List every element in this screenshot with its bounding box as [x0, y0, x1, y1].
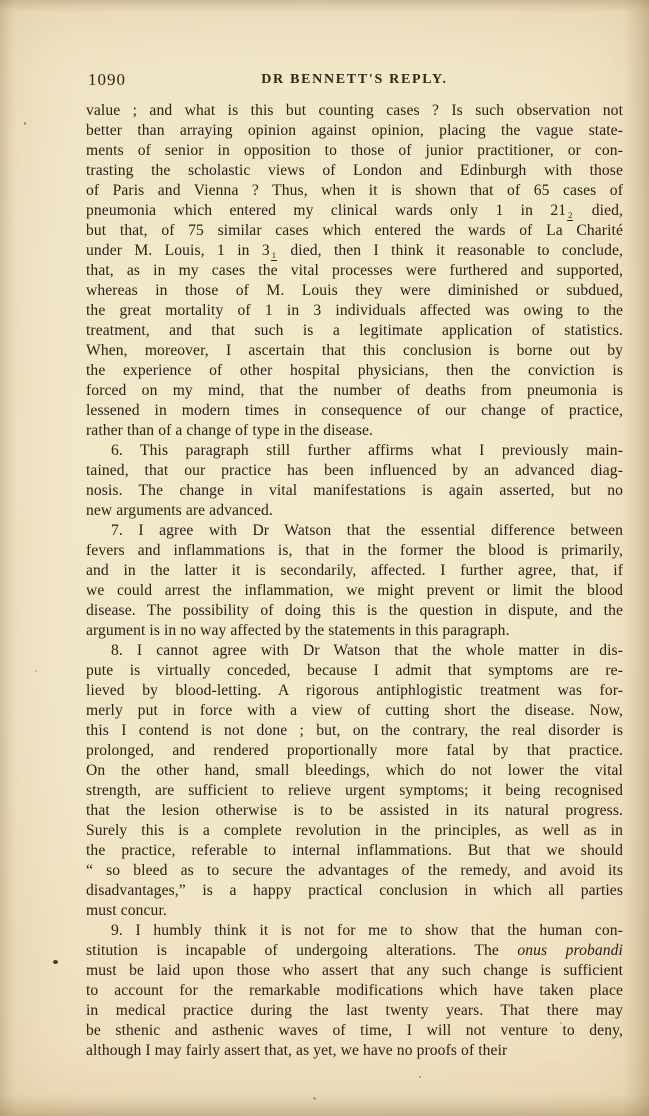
text-line: pute is virtually conceded, because I ad… — [86, 661, 623, 681]
text-line: that, as in my cases the vital processes… — [86, 261, 623, 281]
stacked-fraction: 23 — [567, 211, 573, 221]
stacked-fraction: 17 — [271, 251, 277, 261]
text-line: to account for the remarkable modificati… — [86, 981, 623, 1001]
text-line: must concur. — [86, 901, 623, 921]
paper-speck — [24, 122, 26, 125]
text-line: fevers and inflammations is, that in the… — [86, 541, 623, 561]
paper-speck — [419, 1076, 421, 1078]
text-line: disease. The possibility of doing this i… — [86, 601, 623, 621]
page-header: 1090 DR BENNETT'S REPLY. — [86, 70, 623, 92]
text-line: “ so bleed as to secure the advantages o… — [86, 861, 623, 881]
text-line: When, moreover, I ascertain that this co… — [86, 341, 623, 361]
text-line: of Paris and Vienna ? Thus, when it is s… — [86, 181, 623, 201]
paper-speck — [35, 670, 37, 672]
text-line: strength, are sufficient to relieve urge… — [86, 781, 623, 801]
text-line: 7. I agree with Dr Watson that the essen… — [86, 521, 623, 541]
text-line: prolonged, and rendered proportionally m… — [86, 741, 623, 761]
paragraph: 7. I agree with Dr Watson that the essen… — [86, 521, 623, 641]
paragraph: 6. This paragraph still further affirms … — [86, 441, 623, 521]
text-line: 6. This paragraph still further affirms … — [86, 441, 623, 461]
text-line: the practice, referable to internal infl… — [86, 841, 623, 861]
text-line: trasting the scholastic views of London … — [86, 161, 623, 181]
text-line: value ; and what is this but counting ca… — [86, 101, 623, 121]
text-line: lessened in modern times in consequence … — [86, 401, 623, 421]
text-line: we could arrest the inflammation, we mig… — [86, 581, 623, 601]
text-line: under M. Louis, 1 in 317 died, then I th… — [86, 241, 623, 261]
text-line: On the other hand, small bleedings, whic… — [86, 761, 623, 781]
text-line: merly put in force with a view of cuttin… — [86, 701, 623, 721]
text-line: be sthenic and asthenic waves of time, I… — [86, 1021, 623, 1041]
book-page: 1090 DR BENNETT'S REPLY. value ; and wha… — [0, 0, 649, 1116]
text-line: forced on my mind, that the number of de… — [86, 381, 623, 401]
text-line: although I may fairly assert that, as ye… — [86, 1041, 623, 1061]
paper-speck — [53, 960, 58, 964]
text-line: Surely this is a complete revolution in … — [86, 821, 623, 841]
text-line: this I contend is not done ; but, on the… — [86, 721, 623, 741]
text-line: the experience of other hospital physici… — [86, 361, 623, 381]
text-line: 8. I cannot agree with Dr Watson that th… — [86, 641, 623, 661]
text-line: new arguments are advanced. — [86, 501, 623, 521]
text-line: treatment, and that such is a legitimate… — [86, 321, 623, 341]
text-line: but that, of 75 similar cases which ente… — [86, 221, 623, 241]
body-text: value ; and what is this but counting ca… — [86, 101, 623, 1061]
text-line: ments of senior in opposition to those o… — [86, 141, 623, 161]
text-line: that the lesion otherwise is to be assis… — [86, 801, 623, 821]
text-line: better than arraying opinion against opi… — [86, 121, 623, 141]
text-line: 9. I humbly think it is not for me to sh… — [86, 921, 623, 941]
paragraph: value ; and what is this but counting ca… — [86, 101, 623, 441]
running-title: DR BENNETT'S REPLY. — [86, 72, 623, 88]
text-line: and in the latter it is secondarily, aff… — [86, 561, 623, 581]
text-line: must be laid upon those who assert that … — [86, 961, 623, 981]
text-line: pneumonia which entered my clinical ward… — [86, 201, 623, 221]
paper-speck — [313, 1097, 316, 1100]
text-line: rather than of a change of type in the d… — [86, 421, 623, 441]
text-line: nosis. The change in vital manifestation… — [86, 481, 623, 501]
text-line: whereas in those of M. Louis they were d… — [86, 281, 623, 301]
text-line: in medical practice during the last twen… — [86, 1001, 623, 1021]
text-line: argument is in no way affected by the st… — [86, 621, 623, 641]
italic-phrase: onus probandi — [517, 942, 623, 959]
text-line: the great mortality of 1 in 3 individual… — [86, 301, 623, 321]
paragraph: 8. I cannot agree with Dr Watson that th… — [86, 641, 623, 921]
text-line: stitution is incapable of undergoing alt… — [86, 941, 623, 961]
paragraph: 9. I humbly think it is not for me to sh… — [86, 921, 623, 1061]
text-line: lieved by blood-letting. A rigorous anti… — [86, 681, 623, 701]
text-line: tained, that our practice has been influ… — [86, 461, 623, 481]
text-line: disadvantages,” is a happy practical con… — [86, 881, 623, 901]
